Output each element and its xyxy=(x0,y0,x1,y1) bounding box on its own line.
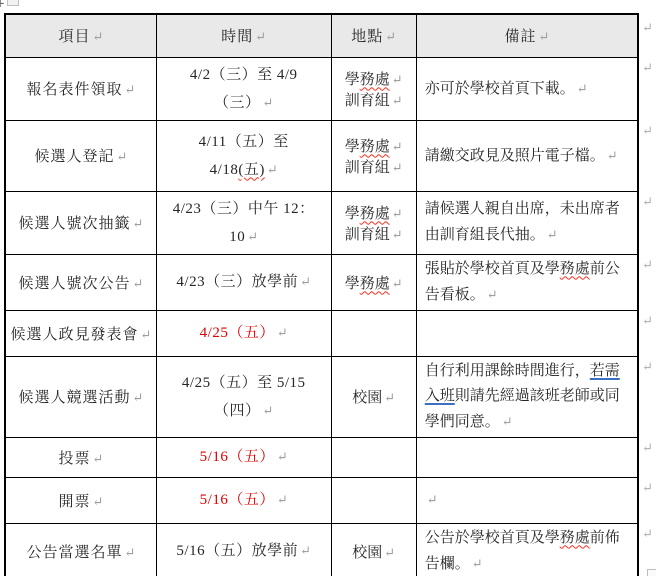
cell-notes xyxy=(416,310,638,356)
text-run: 訓育組 xyxy=(345,227,390,243)
paragraph-mark: ↵ xyxy=(607,148,618,163)
paragraph-mark: ↵ xyxy=(300,274,311,289)
location-paragraphs: 學務處↵訓育組↵ xyxy=(332,197,416,249)
cell-notes: 亦可於學校首頁下載。↵ xyxy=(416,57,638,120)
table-row: 開票↵5/16（五）↵↵↵ xyxy=(5,477,655,523)
cell-time: 4/23（三）中午 12：10↵ xyxy=(156,191,331,254)
text-run: 候選人政見發表會 xyxy=(10,327,138,343)
text-run: 張貼於學校首頁及學 xyxy=(425,261,560,277)
cell-notes: 張貼於學校首頁及學務處前公告看板。↵ xyxy=(416,254,638,310)
location-paragraph: 校園↵ xyxy=(352,386,395,407)
end-of-row-mark: ↵ xyxy=(642,480,653,495)
cell-notes: 請候選人親自出席，未出席者由訓育組長代抽。↵ xyxy=(416,191,638,254)
row-end-mark-cell: ↵ xyxy=(638,477,655,523)
text-run: 5/16（五） xyxy=(200,449,275,465)
paragraph-mark: ↵ xyxy=(392,139,403,154)
location-paragraphs: 校園↵ xyxy=(332,536,416,567)
election-schedule-table: 項目↵ 時間↵ 地點↵ 備註↵ ↵ 報名表件領取↵4/2（三）至 4/9（三）↵… xyxy=(4,13,656,576)
cell-notes: 請繳交政見及照片電子檔。↵ xyxy=(416,120,638,191)
cell-notes: 自行利用課餘時間進行，若需入班則請先經過該班老師或同學們同意。↵ xyxy=(416,356,638,437)
paragraph-mark: ↵ xyxy=(263,403,274,418)
paragraph-mark: ↵ xyxy=(300,543,311,558)
text-run: 報名表件領取 xyxy=(26,82,122,98)
text-run: 投票 xyxy=(58,451,90,467)
header-label: 時間 xyxy=(221,29,253,45)
table-body: 報名表件領取↵4/2（三）至 4/9（三）↵學務處↵訓育組↵亦可於學校首頁下載。… xyxy=(5,57,655,576)
table-row: 候選人政見發表會↵4/25（五）↵↵ xyxy=(5,310,655,356)
cell-time: 4/25（五）↵ xyxy=(156,310,331,356)
paragraph-mark: ↵ xyxy=(92,451,103,466)
cell-time: 4/11（五）至4/18(五)↵ xyxy=(156,120,331,191)
end-of-row-mark: ↵ xyxy=(642,123,653,138)
time-line: 10↵ xyxy=(158,223,330,251)
row-end-mark-cell: ↵ xyxy=(638,57,655,120)
cell-item: 報名表件領取↵ xyxy=(5,57,156,120)
cell-location: 學務處↵訓育組↵ xyxy=(331,57,416,120)
cell-item: 開票↵ xyxy=(5,477,156,523)
cell-location: 校園↵ xyxy=(331,356,416,437)
text-run: 公告於學校首頁及學 xyxy=(425,530,560,546)
move-corner-icon xyxy=(7,0,19,6)
text-run: 自行利用課餘時間進行， xyxy=(425,363,590,379)
location-paragraph: 學務處↵ xyxy=(345,272,403,293)
text-run: 4/25（五）至 5/15 xyxy=(182,375,306,391)
paragraph-mark: ↵ xyxy=(132,390,143,405)
cell-item: 候選人登記↵ xyxy=(5,120,156,191)
text-run: 10 xyxy=(229,229,245,245)
text-run: 請候選人親自出席，未出席者由訓育組長代抽。 xyxy=(425,201,620,243)
paragraph-mark: ↵ xyxy=(140,327,151,342)
time-line: 5/16（五）↵ xyxy=(158,443,330,471)
text-run: （三） xyxy=(214,95,261,111)
location-paragraph: 訓育組↵ xyxy=(345,89,403,110)
paragraph-mark: ↵ xyxy=(427,492,438,507)
cell-item: 公告當選名單↵ xyxy=(5,523,156,576)
paragraph-mark: ↵ xyxy=(392,206,403,221)
spellcheck-flagged-text: 務處 xyxy=(360,206,390,222)
cell-location: 學務處↵ xyxy=(331,254,416,310)
row-end-mark-cell: ↵ xyxy=(638,120,655,191)
end-of-row-mark: ↵ xyxy=(642,526,653,541)
location-paragraph: 學務處↵ xyxy=(345,68,403,89)
text-run: 則請先經過該班老師或同學們同意。 xyxy=(425,388,620,430)
paragraph-mark: ↵ xyxy=(124,82,135,97)
paragraph-mark: ↵ xyxy=(392,72,403,87)
time-line: 4/2（三）至 4/9 xyxy=(158,61,330,89)
paragraph-mark: ↵ xyxy=(547,227,558,242)
text-run: 學 xyxy=(345,276,360,292)
location-paragraph: 訓育組↵ xyxy=(345,223,403,244)
paragraph-mark: ↵ xyxy=(92,494,103,509)
text-run: 候選人競選活動 xyxy=(18,390,130,406)
spellcheck-flagged-text: 務處 xyxy=(360,139,390,155)
text-run: 校園 xyxy=(352,545,382,561)
location-paragraphs: 學務處↵ xyxy=(332,267,416,298)
text-run: 候選人號次公告 xyxy=(18,276,130,292)
column-header-item: 項目↵ xyxy=(5,14,156,57)
end-of-row-mark: ↵ xyxy=(642,194,653,209)
paragraph-mark: ↵ xyxy=(472,556,483,571)
location-paragraphs: 學務處↵訓育組↵ xyxy=(332,130,416,182)
table-resize-handle-icon[interactable] xyxy=(647,569,656,576)
spellcheck-flagged-text: 務處 xyxy=(360,276,390,292)
time-line: 4/25（五）↵ xyxy=(158,319,330,347)
spellcheck-flagged-text: 務處 xyxy=(560,261,590,277)
paragraph-mark: ↵ xyxy=(538,29,549,44)
cell-notes: ↵ xyxy=(416,477,638,523)
text-run: 校園 xyxy=(352,390,382,406)
end-of-row-mark: ↵ xyxy=(642,313,653,328)
paragraph-mark: ↵ xyxy=(92,29,103,44)
cell-item: 候選人號次公告↵ xyxy=(5,254,156,310)
paragraph-mark: ↵ xyxy=(255,29,266,44)
location-paragraph: 學務處↵ xyxy=(345,202,403,223)
cell-time: 5/16（五）放學前↵ xyxy=(156,523,331,576)
text-run: 候選人號次抽籤 xyxy=(18,216,130,232)
paragraph-mark: ↵ xyxy=(263,95,274,110)
text-run: 請繳交政見及照片電子檔。 xyxy=(425,148,605,164)
paragraph-mark: ↵ xyxy=(384,545,395,560)
location-paragraph: 訓育組↵ xyxy=(345,156,403,177)
paragraph-mark: ↵ xyxy=(384,390,395,405)
row-end-mark-cell: ↵ xyxy=(638,437,655,477)
paragraph-mark: ↵ xyxy=(502,414,513,429)
time-line: （四）↵ xyxy=(158,397,330,425)
location-paragraphs: 校園↵ xyxy=(332,381,416,412)
end-of-row-mark: ↵ xyxy=(642,440,653,455)
text-run: 學 xyxy=(345,72,360,88)
paragraph-mark: ↵ xyxy=(132,276,143,291)
time-line: 5/16（五）放學前↵ xyxy=(158,537,330,565)
paragraph-mark: ↵ xyxy=(124,545,135,560)
table-row: 公告當選名單↵5/16（五）放學前↵校園↵公告於學校首頁及學務處前佈告欄。↵↵ xyxy=(5,523,655,576)
table-move-handle-icon[interactable]: + xyxy=(0,0,18,12)
column-header-notes: 備註↵ xyxy=(416,14,638,57)
text-run: 亦可於學校首頁下載。 xyxy=(425,81,575,97)
text-run: 4/2（三）至 4/9 xyxy=(190,67,298,83)
end-of-row-mark: ↵ xyxy=(642,20,654,35)
row-end-mark-cell: ↵ xyxy=(638,356,655,437)
paragraph-mark: ↵ xyxy=(392,276,403,291)
table-row: 投票↵5/16（五）↵↵ xyxy=(5,437,655,477)
text-run: 5/16（五）放學前 xyxy=(176,543,298,559)
location-paragraph: 學務處↵ xyxy=(345,135,403,156)
row-end-mark-cell: ↵ xyxy=(638,310,655,356)
text-run: 4/23（三）中午 12： xyxy=(173,201,315,217)
time-line: 4/25（五）至 5/15 xyxy=(158,369,330,397)
column-header-time: 時間↵ xyxy=(156,14,331,57)
column-header-location: 地點↵ xyxy=(331,14,416,57)
time-line: 4/23（三）中午 12： xyxy=(158,195,330,223)
table-row: 報名表件領取↵4/2（三）至 4/9（三）↵學務處↵訓育組↵亦可於學校首頁下載。… xyxy=(5,57,655,120)
end-of-row-mark: ↵ xyxy=(642,60,653,75)
time-line: 4/11（五）至 xyxy=(158,128,330,156)
time-line: （三）↵ xyxy=(158,89,330,117)
paragraph-mark: ↵ xyxy=(132,216,143,231)
paragraph-mark: ↵ xyxy=(392,227,403,242)
location-paragraph: 校園↵ xyxy=(352,541,395,562)
cell-time: 5/16（五）↵ xyxy=(156,437,331,477)
text-run: 開票 xyxy=(58,494,90,510)
text-run: 4/11（五）至 xyxy=(199,134,289,150)
text-run: 候選人登記 xyxy=(34,149,114,165)
time-line: 4/23（三）放學前↵ xyxy=(158,268,330,296)
text-run: 5/16（五） xyxy=(200,492,275,508)
cell-time: 4/2（三）至 4/9（三）↵ xyxy=(156,57,331,120)
header-label: 備註 xyxy=(504,29,536,45)
time-line: 5/16（五）↵ xyxy=(158,486,330,514)
end-of-row-mark: ↵ xyxy=(642,257,653,272)
paragraph-mark: ↵ xyxy=(385,29,396,44)
cell-location: 校園↵ xyxy=(331,523,416,576)
end-of-row-mark: ↵ xyxy=(642,359,653,374)
cell-time: 4/25（五）至 5/15（四）↵ xyxy=(156,356,331,437)
header-row: 項目↵ 時間↵ 地點↵ 備註↵ ↵ xyxy=(5,14,655,57)
paragraph-mark: ↵ xyxy=(487,287,498,302)
paragraph-mark: ↵ xyxy=(577,81,588,96)
paragraph-mark: ↵ xyxy=(247,229,258,244)
text-run: 訓育組 xyxy=(345,93,390,109)
paragraph-mark: ↵ xyxy=(392,160,403,175)
table-row: 候選人競選活動↵4/25（五）至 5/15（四）↵校園↵自行利用課餘時間進行，若… xyxy=(5,356,655,437)
spellcheck-flagged-text: 務處 xyxy=(560,530,590,546)
row-end-mark-cell: ↵ xyxy=(638,191,655,254)
cell-item: 候選人競選活動↵ xyxy=(5,356,156,437)
time-line: 4/18(五)↵ xyxy=(158,156,330,184)
cell-item: 候選人政見發表會↵ xyxy=(5,310,156,356)
paragraph-mark: ↵ xyxy=(277,492,288,507)
text-run: 4/25（五） xyxy=(200,325,275,341)
paragraph-mark: ↵ xyxy=(392,93,403,108)
paragraph-mark: ↵ xyxy=(277,449,288,464)
cell-time: 4/23（三）放學前↵ xyxy=(156,254,331,310)
text-run: （四） xyxy=(214,403,261,419)
paragraph-mark: ↵ xyxy=(277,325,288,340)
cell-item: 投票↵ xyxy=(5,437,156,477)
cell-notes: 公告於學校首頁及學務處前佈告欄。↵ xyxy=(416,523,638,576)
cell-location: 學務處↵訓育組↵ xyxy=(331,191,416,254)
cell-location xyxy=(331,477,416,523)
row-end-mark-cell: ↵ xyxy=(638,14,655,57)
text-run: 4/23（三）放學前 xyxy=(176,274,298,290)
text-run: 訓育組 xyxy=(345,160,390,176)
cell-item: 候選人號次抽籤↵ xyxy=(5,191,156,254)
location-paragraphs: 學務處↵訓育組↵ xyxy=(332,63,416,115)
text-run: 公告當選名單 xyxy=(26,545,122,561)
text-run: 學 xyxy=(345,139,360,155)
header-label: 地點 xyxy=(351,29,383,45)
move-cross-icon: + xyxy=(0,0,4,12)
paragraph-mark: ↵ xyxy=(116,149,127,164)
text-run: 學 xyxy=(345,206,360,222)
spellcheck-flagged-text: (五) xyxy=(238,162,265,178)
table-row: 候選人登記↵4/11（五）至4/18(五)↵學務處↵訓育組↵請繳交政見及照片電子… xyxy=(5,120,655,191)
table-row: 候選人號次抽籤↵4/23（三）中午 12：10↵學務處↵訓育組↵請候選人親自出席… xyxy=(5,191,655,254)
header-label: 項目 xyxy=(58,29,90,45)
document-page: { "table": { "pilcrow": "↵", "header_bg"… xyxy=(0,0,656,576)
cell-notes xyxy=(416,437,638,477)
text-run: 4/18 xyxy=(210,162,239,178)
table-row: 候選人號次公告↵4/23（三）放學前↵學務處↵張貼於學校首頁及學務處前公告看板。… xyxy=(5,254,655,310)
cell-location xyxy=(331,310,416,356)
row-end-mark-cell: ↵ xyxy=(638,254,655,310)
cell-location: 學務處↵訓育組↵ xyxy=(331,120,416,191)
spellcheck-flagged-text: 務處 xyxy=(360,72,390,88)
paragraph-mark: ↵ xyxy=(267,162,278,177)
cell-time: 5/16（五）↵ xyxy=(156,477,331,523)
cell-location xyxy=(331,437,416,477)
